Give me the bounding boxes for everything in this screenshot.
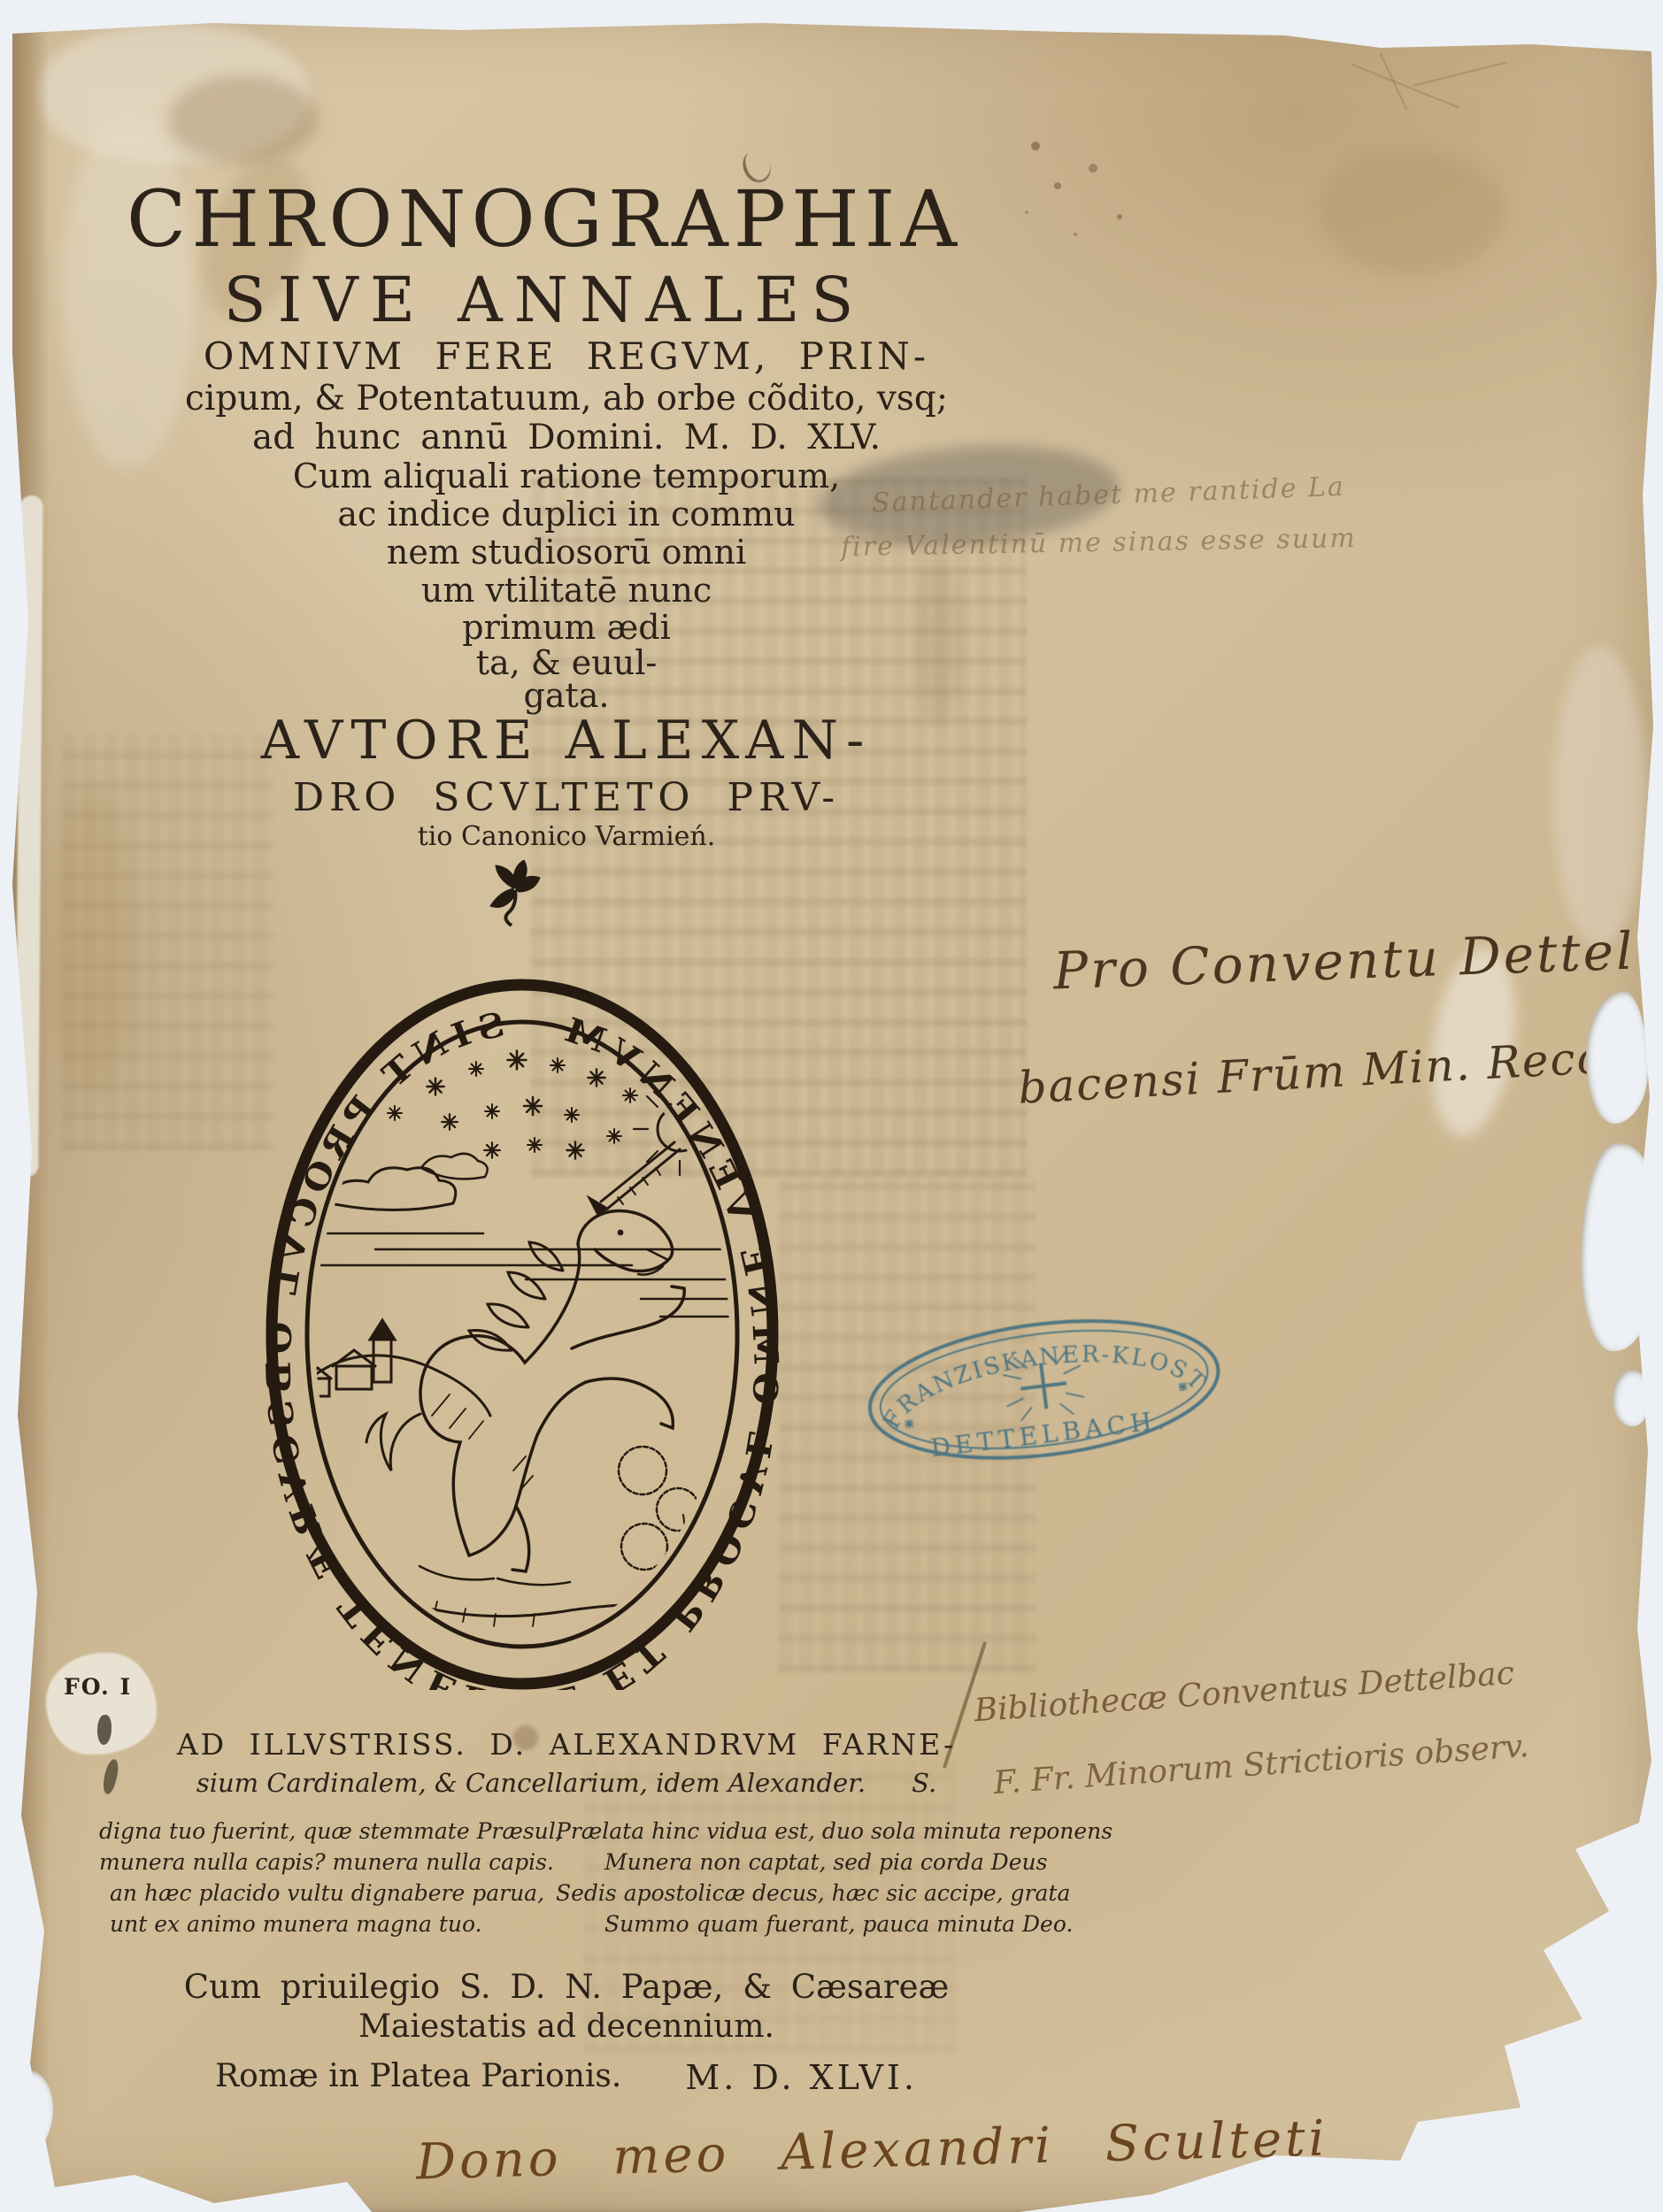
torn-spine-strip — [15, 495, 42, 1177]
author-line-2: DRO SCVLTETO PRV- — [142, 775, 991, 820]
verse-line: Sedis apostolicæ decus, hæc sic accipe, … — [556, 1878, 1051, 1909]
subtitle-line: primum ædi — [142, 608, 991, 647]
unicorn-figure — [366, 1142, 684, 1571]
book-title-line-2: SIVE ANNALES — [93, 264, 996, 336]
ownership-inscription-line-1: Pro Conventu Dettel — [1052, 921, 1636, 1002]
folio-fragment-label: FO. I — [64, 1674, 132, 1700]
stain — [1319, 150, 1505, 274]
paper-hole — [1613, 1370, 1650, 1426]
fleuron-ornament — [483, 860, 545, 929]
stain — [168, 75, 319, 164]
subtitle-line: Cum aliquali ratione temporum, — [142, 457, 991, 495]
verse-line: munera nulla capis? munera nulla capis. — [99, 1847, 581, 1878]
subtitle-line: cipum, & Potentatuum, ab orbe cõdito, vs… — [142, 379, 991, 419]
pencil-scrawl — [1352, 64, 1459, 109]
motto-ring: SINT PROCVL OBSCVRÆ TENEBRÆ ET PROCVL OM… — [260, 1004, 784, 1690]
village — [292, 1320, 490, 1416]
dedication-line-1: AD ILLVSTRISS. D. ALEXANDRVM FARNE- — [106, 1727, 1027, 1762]
subtitle-line: ad hunc annū Domini. M. D. XLV. — [142, 418, 991, 457]
privilege-line-2: Maiestatis ad decennium. — [133, 2008, 1000, 2045]
ink-speckles — [1031, 142, 1040, 150]
imprint-date: M. D. XLVI. — [685, 2058, 918, 2097]
gift-inscription: Dono meo Alexandri Sculteti — [415, 2110, 1328, 2192]
edge-tear — [0, 2070, 53, 2154]
verse-column-left: digna tuo fuerint, quæ stemmate Præsul, … — [99, 1816, 581, 1939]
flaked-paper-patch — [1553, 646, 1646, 947]
paper-hole — [1586, 991, 1648, 1124]
verse-column-right: Prælata hinc vidua est, duo sola minuta … — [556, 1816, 1051, 1939]
unicorn-woodcut-emblem: SINT PROCVL OBSCVRÆ TENEBRÆ ET PROCVL OM… — [260, 979, 784, 1690]
verse-line: Prælata hinc vidua est, duo sola minuta … — [556, 1816, 1051, 1847]
library-inscription-line-1: Bibliothecæ Conventus Dettelbac — [973, 1655, 1515, 1730]
author-line-1: AVTORE ALEXAN- — [142, 710, 991, 772]
pencil-scrawl — [1413, 61, 1507, 87]
title-page: CHRONOGRAPHIA SIVE ANNALES OMNIVM FERE R… — [0, 0, 1663, 2212]
subtitle-line: um vtilitatē nunc — [142, 571, 991, 610]
pencil-scrawl — [1380, 54, 1407, 111]
torn-edge-shadow — [4, 1885, 34, 1955]
motto-text: SINT PROCVL OBSCVRÆ TENEBRÆ ET PROCVL OM… — [260, 1004, 784, 1690]
dedication-salute: S. — [912, 1768, 936, 1798]
ownership-inscription-line-2: bacensi Frūm Min. Recoll. — [1017, 1029, 1654, 1113]
verse-line: Summo quam fuerant, pauca minuta Deo. — [556, 1909, 1051, 1939]
edge-tear — [0, 1902, 41, 2008]
library-inscription-line-2: F. Fr. Minorum Strictioris observ. — [992, 1728, 1530, 1801]
verse-line: an hæc placido vultu dignabere parua, — [99, 1878, 581, 1909]
dedication-line-2: sium Cardinalem, & Cancellarium, idem Al… — [196, 1768, 866, 1798]
verse-line: digna tuo fuerint, quæ stemmate Præsul, — [99, 1816, 581, 1847]
ground-and-plants — [393, 1447, 722, 1626]
verse-line: Munera non captat, sed pia corda Deus — [556, 1847, 1051, 1878]
subtitle-line: ac indice duplici in commu — [142, 495, 991, 534]
dedication-line-2-row: sium Cardinalem, & Cancellarium, idem Al… — [106, 1768, 1027, 1798]
binding-spine-edge — [0, 0, 50, 2212]
svg-text:SINT PROCVL OBSCVRÆ TENEBRÆ ET: SINT PROCVL OBSCVRÆ TENEBRÆ ET PROCVL OM… — [260, 1004, 784, 1690]
imprint-row: Romæ in Platea Parionis. M. D. XLVI. — [133, 2058, 1000, 2097]
paper-hole — [1581, 1143, 1662, 1351]
scan-background: CHRONOGRAPHIA SIVE ANNALES OMNIVM FERE R… — [0, 0, 1663, 2212]
author-line-3: tio Canonico Varmień. — [142, 821, 991, 852]
verse-line: unt ex animo munera magna tuo. — [99, 1909, 581, 1939]
imprint-place: Romæ in Platea Parionis. — [215, 2058, 621, 2097]
book-title-line-1: CHRONOGRAPHIA — [93, 173, 996, 265]
clouds — [315, 1154, 745, 1317]
water-stain — [49, 787, 133, 1097]
privilege-line-1: Cum priuilegio S. D. N. Papæ, & Cæsareæ — [133, 1968, 1000, 2006]
subtitle-line: OMNIVM FERE REGVM, PRIN- — [142, 334, 991, 378]
